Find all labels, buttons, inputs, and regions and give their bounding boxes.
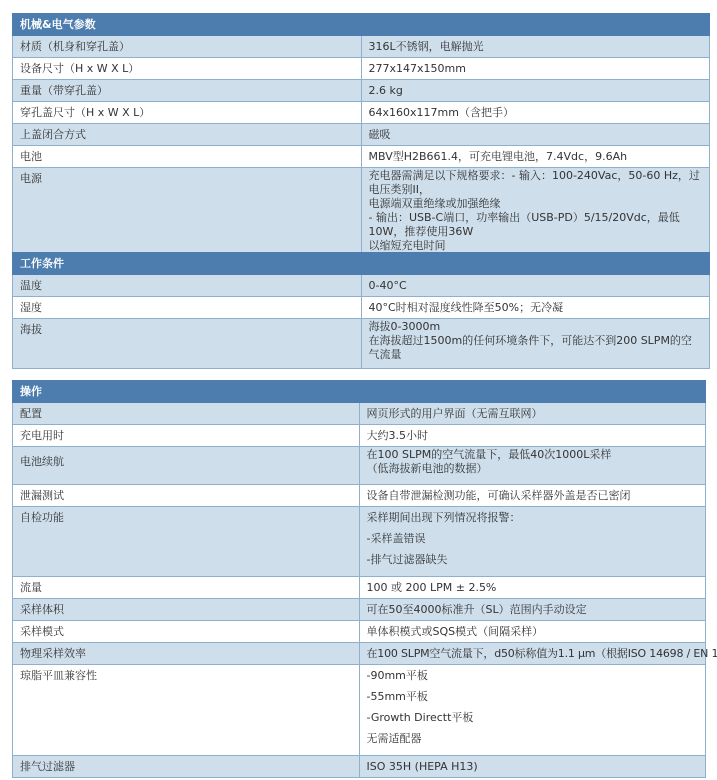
value-line: -55mm平板 [367,686,699,707]
row-value: MBV型H2B661.4，可充电锂电池，7.4Vdc，9.6Ah [361,146,710,168]
table-row: 泄漏测试 设备自带泄漏检测功能，可确认采样器外盖是否已密闭 [13,485,706,507]
row-value: 网页形式的用户界面（无需互联网） [359,403,706,425]
row-label: 采样模式 [13,621,360,643]
table-row: 流量 100 或 200 LPM ± 2.5% [13,577,706,599]
section-header: 工作条件 [13,253,710,275]
row-label: 电池 [13,146,362,168]
value-line: -90mm平板 [367,665,699,686]
row-label: 流量 [13,577,360,599]
row-label: 充电用时 [13,425,360,447]
row-value: 单体积模式或SQS模式（间隔采样） [359,621,706,643]
row-label: 上盖闭合方式 [13,124,362,146]
value-line: 充电器需满足以下规格要求：- 输入：100-240Vac，50-60 Hz，过电… [369,169,703,197]
row-label: 排气过滤器 [13,756,360,778]
row-label: 物理采样效率 [13,643,360,665]
table-row: 温度 0-40°C [13,275,710,297]
row-value: 采样期间出现下列情况将报警： -采样盖错误 -排气过滤器缺失 [359,507,706,577]
value-line: -Growth Directt平板 [367,707,699,728]
row-label: 采样体积 [13,599,360,621]
section-header: 操作 [13,381,706,403]
value-line: 无需适配器 [367,728,699,749]
row-value: 64x160x117mm（含把手） [361,102,710,124]
value-line: 以缩短充电时间 [369,239,703,253]
table-row: 采样体积 可在50至4000标准升（SL）范围内手动设定 [13,599,706,621]
row-value: 0-40°C [361,275,710,297]
row-value: 2.6 kg [361,80,710,102]
row-label: 温度 [13,275,362,297]
row-label: 琼脂平皿兼容性 [13,665,360,756]
row-label: 穿孔盖尺寸（H x W X L） [13,102,362,124]
row-label: 湿度 [13,297,362,319]
table-row: 海拔 海拔0-3000m 在海拔超过1500m的任何环境条件下，可能达不到200… [13,319,710,369]
value-line: 在100 SLPM的空气流量下，最低40次1000L采样 [367,448,699,462]
table-row: 充电用时 大约3.5小时 [13,425,706,447]
operation-specs-table: 操作 配置 网页形式的用户界面（无需互联网） 充电用时 大约3.5小时 电池续航… [12,380,706,778]
table-row: 采样模式 单体积模式或SQS模式（间隔采样） [13,621,706,643]
section-header: 机械&电气参数 [13,14,710,36]
row-value: 设备自带泄漏检测功能，可确认采样器外盖是否已密闭 [359,485,706,507]
value-line: -排气过滤器缺失 [367,549,699,570]
row-value: 充电器需满足以下规格要求：- 输入：100-240Vac，50-60 Hz，过电… [361,168,710,260]
table-row: 电源 充电器需满足以下规格要求：- 输入：100-240Vac，50-60 Hz… [13,168,710,260]
value-line: 在海拔超过1500m的任何环境条件下，可能达不到200 SLPM的空气流量 [369,334,703,362]
row-label: 配置 [13,403,360,425]
row-value: 100 或 200 LPM ± 2.5% [359,577,706,599]
value-line: - 输出：USB-C端口，功率输出（USB-PD）5/15/20Vdc，最低10… [369,211,703,239]
table-row: 排气过滤器 ISO 35H (HEPA H13) [13,756,706,778]
row-label: 电源 [13,168,362,260]
row-label: 重量（带穿孔盖） [13,80,362,102]
row-value: 在100 SLPM的空气流量下，最低40次1000L采样 （低海拔新电池的数据） [359,447,706,485]
table-row: 重量（带穿孔盖） 2.6 kg [13,80,710,102]
row-value: 海拔0-3000m 在海拔超过1500m的任何环境条件下，可能达不到200 SL… [361,319,710,369]
row-label: 海拔 [13,319,362,369]
table-row: 自检功能 采样期间出现下列情况将报警： -采样盖错误 -排气过滤器缺失 [13,507,706,577]
mechanical-electrical-specs-table: 机械&电气参数 材质（机身和穿孔盖） 316L不锈钢，电解抛光 设备尺寸（H x… [12,13,710,260]
table-row: 电池续航 在100 SLPM的空气流量下，最低40次1000L采样 （低海拔新电… [13,447,706,485]
row-value: 316L不锈钢，电解抛光 [361,36,710,58]
table-row: 物理采样效率 在100 SLPM空气流量下，d50标称值为1.1 μm（根据IS… [13,643,706,665]
table-row: 上盖闭合方式 磁吸 [13,124,710,146]
row-label: 泄漏测试 [13,485,360,507]
table-row: 配置 网页形式的用户界面（无需互联网） [13,403,706,425]
table-row: 琼脂平皿兼容性 -90mm平板 -55mm平板 -Growth Directt平… [13,665,706,756]
row-value: ISO 35H (HEPA H13) [359,756,706,778]
row-value: 大约3.5小时 [359,425,706,447]
table-row: 材质（机身和穿孔盖） 316L不锈钢，电解抛光 [13,36,710,58]
value-line: 电源端双重绝缘或加强绝缘 [369,197,703,211]
value-line: 海拔0-3000m [369,320,703,334]
row-label: 设备尺寸（H x W X L） [13,58,362,80]
row-value: 40°C时相对湿度线性降至50%；无冷凝 [361,297,710,319]
row-value: 277x147x150mm [361,58,710,80]
row-value: 磁吸 [361,124,710,146]
table-row: 穿孔盖尺寸（H x W X L） 64x160x117mm（含把手） [13,102,710,124]
value-line: -采样盖错误 [367,528,699,549]
row-value: 在100 SLPM空气流量下，d50标称值为1.1 μm（根据ISO 14698… [359,643,706,665]
row-value: -90mm平板 -55mm平板 -Growth Directt平板 无需适配器 [359,665,706,756]
table-row: 电池 MBV型H2B661.4，可充电锂电池，7.4Vdc，9.6Ah [13,146,710,168]
row-label: 电池续航 [13,447,360,485]
row-value: 可在50至4000标准升（SL）范围内手动设定 [359,599,706,621]
table-row: 设备尺寸（H x W X L） 277x147x150mm [13,58,710,80]
value-line: 采样期间出现下列情况将报警： [367,507,699,528]
table-row: 湿度 40°C时相对湿度线性降至50%；无冷凝 [13,297,710,319]
row-label: 自检功能 [13,507,360,577]
value-line: （低海拔新电池的数据） [367,462,699,476]
operating-conditions-table: 工作条件 温度 0-40°C 湿度 40°C时相对湿度线性降至50%；无冷凝 海… [12,252,710,369]
row-label: 材质（机身和穿孔盖） [13,36,362,58]
